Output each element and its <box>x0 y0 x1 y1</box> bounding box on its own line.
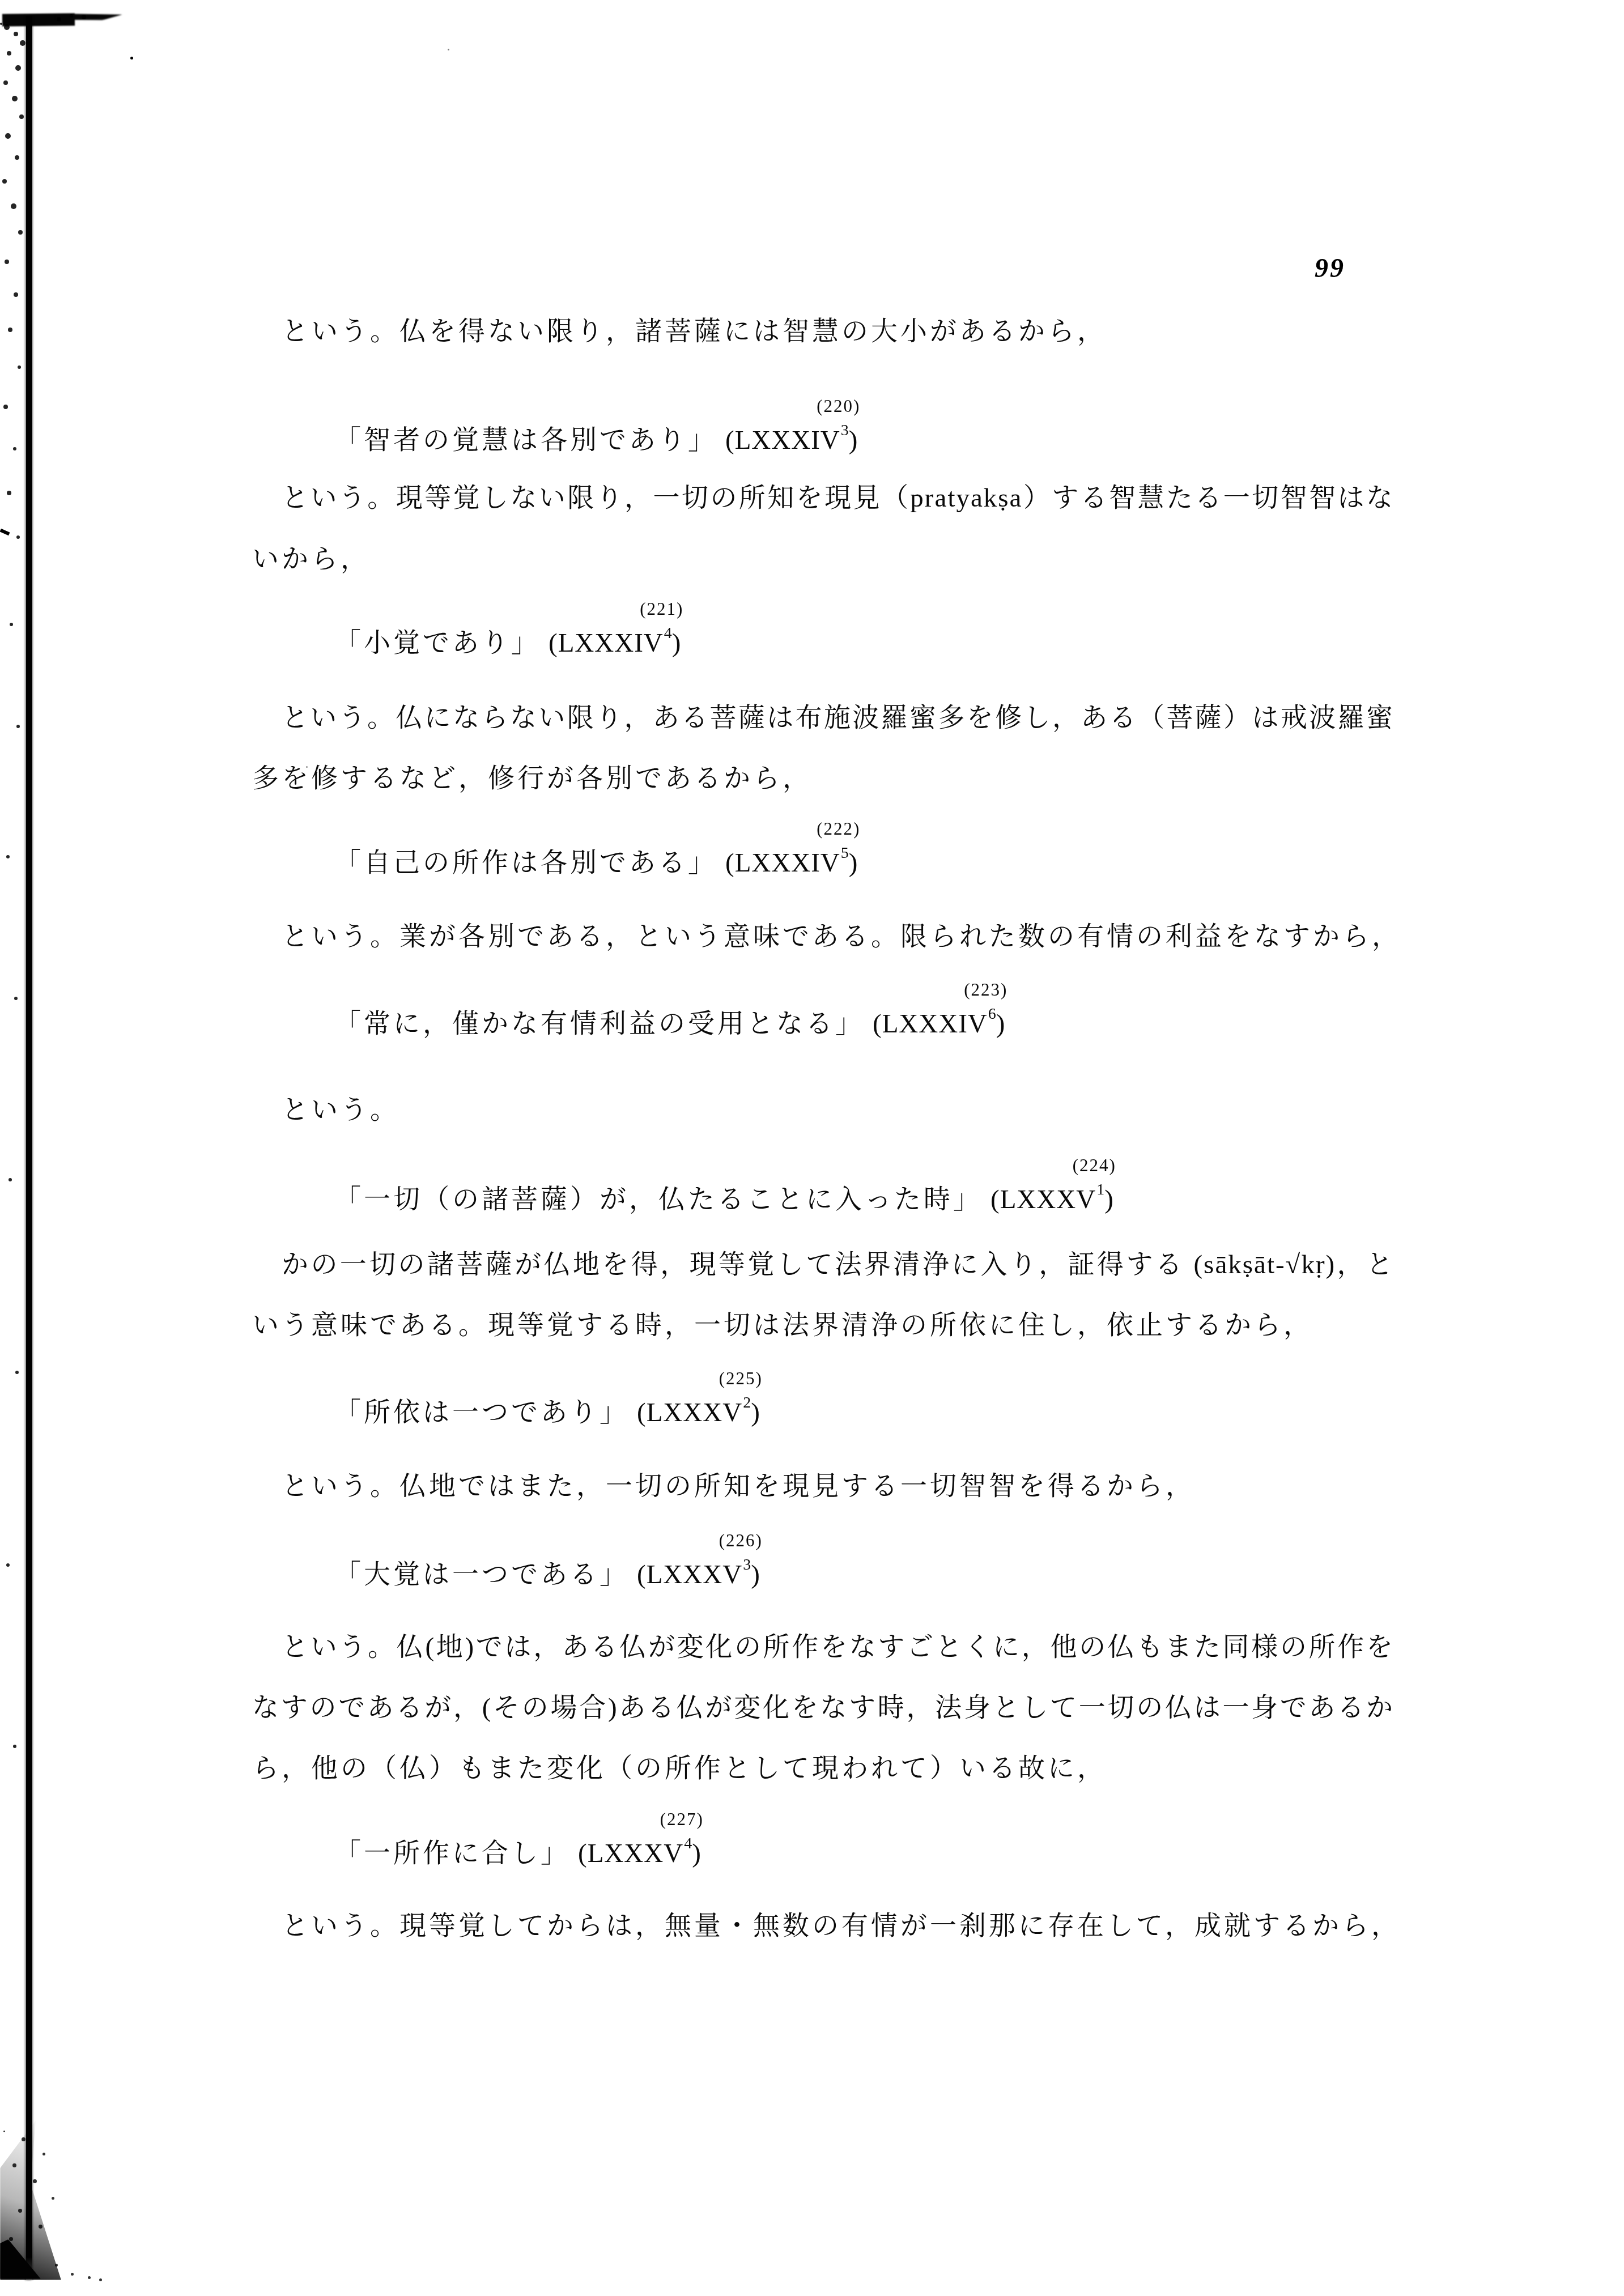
quote-text: 「常に，僅かな有情利益の受用となる」 <box>334 1009 865 1039</box>
paragraph-line: という。 <box>252 1094 399 1127</box>
scan-artifact-bottom-speckle <box>0 2120 85 2280</box>
citation: (225)(LXXXV2) <box>637 1393 760 1430</box>
scan-artifact-bottom-dots <box>3 2131 5 2132</box>
citation-roman-numeral: (LXXXIV <box>725 426 840 455</box>
citation-superscript: 1 <box>1096 1181 1104 1198</box>
citation-reference-number: (223) <box>964 979 1007 1001</box>
citation-close: ) <box>849 426 858 455</box>
citation: (223)(LXXXIV6) <box>873 1004 1005 1041</box>
citation-close: ) <box>692 1839 702 1868</box>
paragraph-line: 多を修するなど，修行が各別であるから， <box>252 762 812 796</box>
citation-superscript: 4 <box>684 1835 692 1852</box>
citation-roman-numeral: (LXXXIV <box>549 628 664 658</box>
paragraph-line: という。仏(地)では，ある仏が変化の所作をなすごとくに，他の仏もまた同様の所作を <box>252 1631 1394 1664</box>
citation-reference-number: (221) <box>640 598 683 620</box>
quote-line: 「一切（の諸菩薩）が，仏たることに入った時」(224)(LXXXV1) <box>334 1180 1114 1217</box>
paragraph-line: かの一切の諸菩薩が仏地を得，現等覚して法界清浄に入り，証得する (sākṣāt-… <box>252 1248 1394 1282</box>
citation: (221)(LXXXIV4) <box>549 623 681 660</box>
citation-reference-number: (224) <box>1073 1155 1116 1177</box>
citation-close: ) <box>672 628 682 658</box>
quote-line: 「自己の所作は各別である」(222)(LXXXIV5) <box>334 843 858 880</box>
citation-reference-number: (220) <box>817 396 860 418</box>
citation-superscript: 3 <box>743 1556 751 1574</box>
scan-artifact-bottom-blob <box>0 2239 41 2279</box>
quote-text: 「大覚は一つである」 <box>334 1560 629 1589</box>
citation-close: ) <box>751 1560 760 1589</box>
quote-text: 「一所作に合し」 <box>334 1839 570 1868</box>
scanned-document-page: 99 という。仏を得ない限り，諸菩薩には智慧の大小があるから， 「智者の覚慧は各… <box>0 0 1624 2296</box>
quote-line: 「常に，僅かな有情利益の受用となる」(223)(LXXXIV6) <box>334 1004 1005 1041</box>
quote-line: 「所依は一つであり」(225)(LXXXV2) <box>334 1393 760 1430</box>
paragraph-line: いう意味である。現等覚する時，一切は法界清浄の所依に住し，依止するから， <box>252 1309 1313 1342</box>
paragraph-line: という。業が各別である，という意味である。限られた数の有情の利益をなすから， <box>252 920 1401 954</box>
citation-roman-numeral: (LXXXV <box>990 1185 1096 1214</box>
citation-reference-number: (226) <box>719 1530 763 1552</box>
citation: (227)(LXXXV4) <box>578 1834 702 1870</box>
paragraph-line: という。現等覚してからは，無量・無数の有情が一刹那に存在して，成就するから， <box>252 1910 1401 1943</box>
citation-close: ) <box>996 1009 1006 1039</box>
citation: (222)(LXXXIV5) <box>725 843 858 880</box>
citation: (224)(LXXXV1) <box>990 1180 1114 1217</box>
citation-roman-numeral: (LXXXIV <box>725 848 840 878</box>
citation-superscript: 4 <box>664 624 672 642</box>
paragraph-line: という。仏地ではまた，一切の所知を現見する一切智智を得るから， <box>252 1470 1195 1503</box>
citation-superscript: 5 <box>841 844 849 862</box>
citation-roman-numeral: (LXXXV <box>637 1398 742 1427</box>
scan-artifact-top-ink-smudge <box>2 13 75 26</box>
scan-speckle-dot <box>448 49 449 50</box>
paragraph-line: という。仏を得ない限り，諸菩薩には智慧の大小があるから， <box>252 315 1107 348</box>
quote-line: 「一所作に合し」(227)(LXXXV4) <box>334 1834 702 1870</box>
paragraph-line: という。現等覚しない限り，一切の所知を現見（pratyakṣa）する智慧たる一切… <box>252 482 1394 515</box>
scan-artifact-left-streak <box>26 16 32 2280</box>
quote-line: 「小覚であり」(221)(LXXXIV4) <box>334 623 681 660</box>
citation-reference-number: (227) <box>660 1809 704 1831</box>
quote-text: 「自己の所作は各別である」 <box>334 848 717 878</box>
quote-text: 「一切（の諸菩薩）が，仏たることに入った時」 <box>334 1185 983 1214</box>
citation-roman-numeral: (LXXXV <box>578 1839 683 1868</box>
citation-superscript: 2 <box>743 1394 751 1411</box>
scan-speckle-dot <box>130 57 133 59</box>
citation: (226)(LXXXV3) <box>637 1555 760 1592</box>
citation-roman-numeral: (LXXXIV <box>873 1009 988 1039</box>
scan-artifact-speckle-cloud <box>0 23 2 25</box>
citation-roman-numeral: (LXXXV <box>637 1560 742 1589</box>
paragraph-line: いから， <box>252 543 370 576</box>
page-number: 99 <box>1315 255 1345 282</box>
scan-artifact-edge-tick <box>0 529 10 535</box>
citation-superscript: 3 <box>841 422 849 439</box>
citation-reference-number: (225) <box>719 1368 763 1390</box>
quote-text: 「所依は一つであり」 <box>334 1398 629 1427</box>
citation-close: ) <box>751 1398 760 1427</box>
quote-text: 「智者の覚慧は各別であり」 <box>334 426 717 455</box>
paragraph-line: なすのであるが，(その場合)ある仏が変化をなす時，法身として一切の仏は一身である… <box>252 1691 1394 1725</box>
citation: (220)(LXXXIV3) <box>725 420 858 457</box>
quote-text: 「小覚であり」 <box>334 628 541 658</box>
citation-close: ) <box>1104 1185 1114 1214</box>
paragraph-line: という。仏にならない限り，ある菩薩は布施波羅蜜多を修し，ある（菩薩）は戒波羅蜜 <box>252 701 1394 735</box>
quote-line: 「智者の覚慧は各別であり」(220)(LXXXIV3) <box>334 420 858 457</box>
quote-line: 「大覚は一つである」(226)(LXXXV3) <box>334 1555 760 1592</box>
paragraph-line: ら，他の（仏）もまた変化（の所作として現われて）いる故に， <box>252 1752 1107 1785</box>
citation-reference-number: (222) <box>817 818 860 840</box>
citation-superscript: 6 <box>988 1005 996 1023</box>
citation-close: ) <box>849 848 858 878</box>
